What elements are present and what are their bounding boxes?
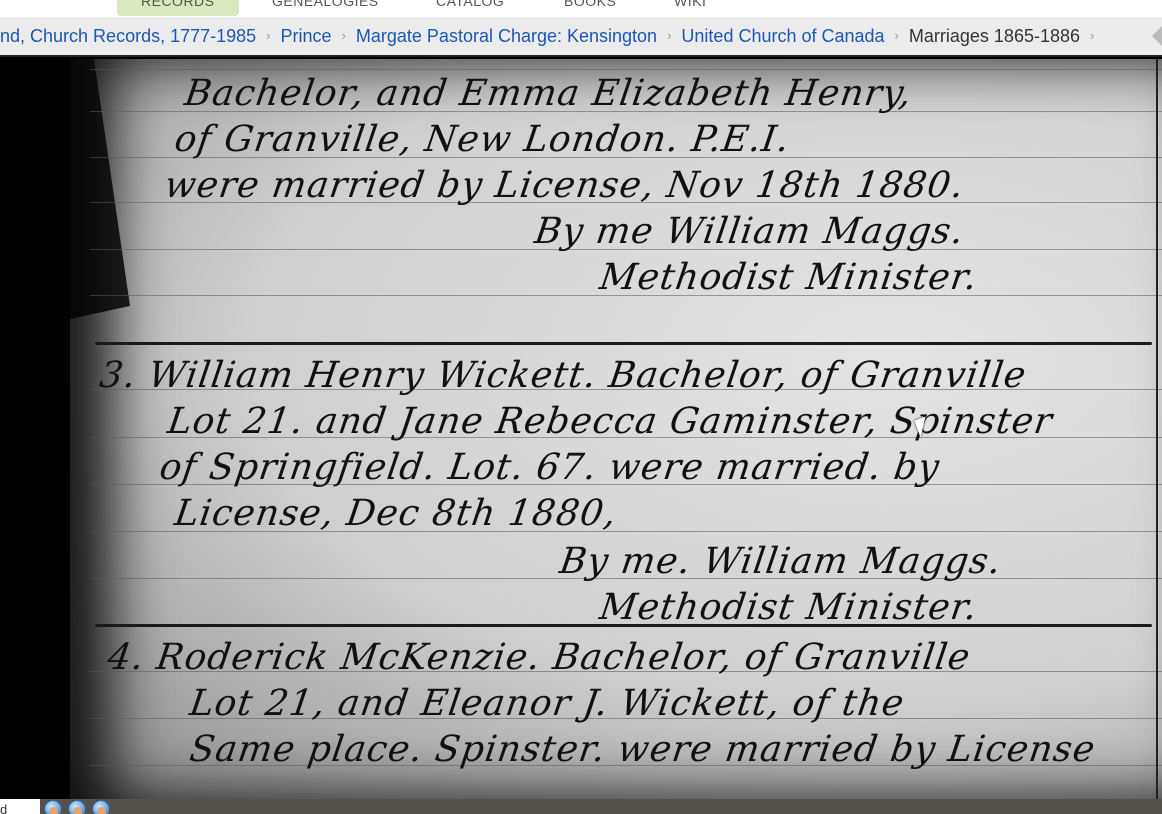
tab-catalog[interactable]: Catalog: [412, 0, 528, 16]
handwritten-line: License, Dec 8th 1880,: [172, 493, 619, 534]
breadcrumb-separator: ›: [1090, 28, 1094, 43]
handwritten-line: 4. Roderick McKenzie. Bachelor, of Granv…: [105, 637, 973, 678]
breadcrumb-united-church[interactable]: United Church of Canada: [681, 26, 884, 47]
tab-books[interactable]: Books: [540, 0, 640, 16]
handwritten-line: Same place. Spinster. were married by Li…: [187, 729, 1098, 770]
zoom-fit-icon[interactable]: [92, 800, 110, 814]
handwritten-line: of Granville, New London. P.E.I.: [172, 119, 792, 160]
zoom-out-icon[interactable]: [68, 800, 86, 814]
bottom-toolbar: d: [0, 799, 1162, 814]
handwritten-line: of Springfield. Lot. 67. were married. b…: [157, 447, 942, 488]
handwritten-line: Methodist Minister.: [597, 257, 980, 298]
breadcrumb-prince[interactable]: Prince: [281, 26, 332, 47]
breadcrumb-collection[interactable]: and, Church Records, 1777-1985: [0, 26, 256, 47]
handwritten-line: 3. William Henry Wickett. Bachelor, of G…: [97, 355, 1029, 396]
chevron-left-icon[interactable]: [1152, 26, 1162, 46]
breadcrumb-separator: ›: [342, 28, 346, 43]
record-image-viewer[interactable]: Bachelor, and Emma Elizabeth Henry, of G…: [0, 59, 1162, 799]
breadcrumb-separator: ›: [895, 28, 899, 43]
breadcrumb-separator: ›: [266, 28, 270, 43]
breadcrumb-separator: ›: [667, 28, 671, 43]
top-navigation: Records Genealogies Catalog Books Wiki: [0, 0, 1162, 17]
breadcrumb-margate-pastoral-charge[interactable]: Margate Pastoral Charge: Kensington: [356, 26, 657, 47]
tab-records[interactable]: Records: [117, 0, 239, 16]
tab-wiki[interactable]: Wiki: [650, 0, 730, 16]
breadcrumb-current-marriages: Marriages 1865-1886: [909, 26, 1080, 47]
handwritten-line: Methodist Minister.: [597, 587, 980, 628]
tab-genealogies[interactable]: Genealogies: [248, 0, 403, 16]
breadcrumb: and, Church Records, 1777-1985 › Prince …: [0, 17, 1162, 57]
status-text: d: [0, 799, 40, 814]
handwritten-line: By me William Maggs.: [532, 211, 967, 252]
handwritten-line: Lot 21, and Eleanor J. Wickett, of the: [187, 683, 907, 724]
handwritten-line: were married by License, Nov 18th 1880.: [162, 165, 967, 206]
handwritten-line: Bachelor, and Emma Elizabeth Henry,: [182, 73, 915, 114]
zoom-in-icon[interactable]: [44, 800, 62, 814]
handwritten-line: By me. William Maggs.: [557, 541, 1004, 582]
